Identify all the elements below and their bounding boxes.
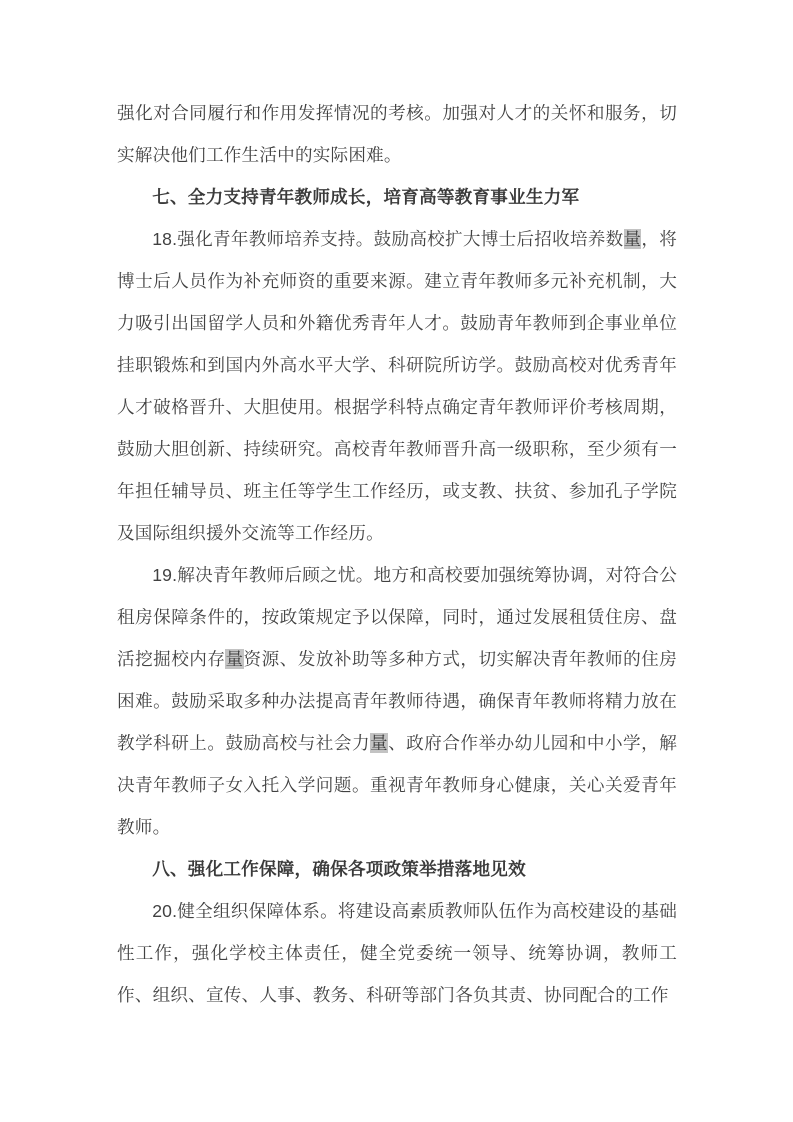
- search-highlight: 量: [225, 649, 243, 669]
- section-heading: 七、全力支持青年教师成长，培育高等教育事业生力军: [117, 176, 677, 218]
- paragraph: 20.健全组织保障体系。将建设高素质教师队伍作为高校建设的基础性工作，强化学校主…: [117, 890, 677, 1016]
- paragraph: 强化对合同履行和作用发挥情况的考核。加强对人才的关怀和服务，切实解决他们工作生活…: [117, 92, 677, 176]
- search-highlight: 量: [624, 229, 642, 249]
- paragraph: 18.强化青年教师培养支持。鼓励高校扩大博士后招收培养数量，将博士后人员作为补充…: [117, 218, 677, 554]
- page: { "page": { "background": "#ffffff", "te…: [0, 0, 793, 1122]
- section-heading: 八、强化工作保障，确保各项政策举措落地见效: [117, 848, 677, 890]
- search-highlight: 量: [370, 733, 388, 753]
- document-body: 强化对合同履行和作用发挥情况的考核。加强对人才的关怀和服务，切实解决他们工作生活…: [117, 0, 677, 1016]
- paragraph: 19.解决青年教师后顾之忧。地方和高校要加强统筹协调，对符合公租房保障条件的，按…: [117, 554, 677, 848]
